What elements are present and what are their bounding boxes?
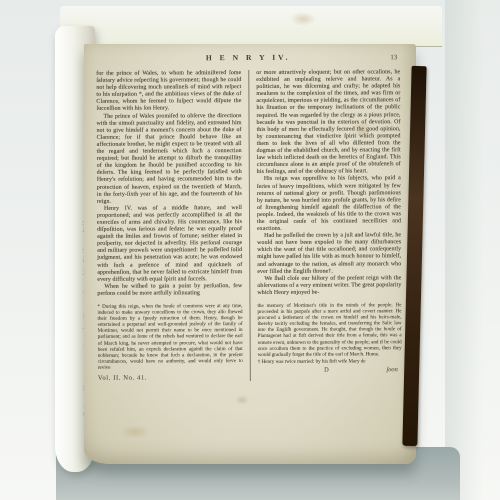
paragraph: for the prince of Wales, to whom he admi… — [96, 70, 241, 113]
page-content: H E N R Y IV. 13 for the prince of Wales… — [83, 43, 417, 382]
paragraph: We ſhall cloſe our hiſtory of the preſen… — [257, 275, 401, 297]
two-column-text: for the prince of Wales, to whom he admi… — [96, 69, 402, 382]
book-top-page-edges — [60, 6, 442, 47]
left-footnote-block: * During this reign, when the houſe of c… — [97, 303, 242, 382]
book-page: H E N R Y IV. 13 for the prince of Wales… — [84, 44, 416, 464]
page-number: 13 — [390, 54, 397, 61]
header-title: H E N R Y IV. — [96, 52, 400, 63]
paragraph: When he wiſhed to gain a point by perſua… — [97, 283, 242, 298]
paragraph: Had he poſſeſſed the crown by a juſt and… — [257, 232, 401, 275]
footnote: the memory of Mortimer's title in the mi… — [257, 302, 401, 358]
background-shading — [445, 0, 500, 500]
photo-of-open-book: Prince Henry removing the Crown from his… — [0, 0, 500, 500]
paragraph: or more attractively eloquent; but on ot… — [256, 69, 401, 176]
paragraph: His reign was oppreſſive to his ſubjects… — [257, 176, 401, 234]
paragraph: Henry IV. was of a middle ſtature, and w… — [97, 205, 242, 284]
paragraph: The prince of Wales promiſed to obſerve … — [96, 113, 241, 206]
footnote: † Henry was twice married: by his firſt … — [258, 358, 402, 365]
footnote: * During this reign, when the houſe of c… — [97, 303, 242, 371]
catchword: ſoon — [386, 366, 397, 373]
running-header: H E N R Y IV. 13 — [96, 52, 400, 67]
right-column: or more attractively eloquent; but on ot… — [248, 69, 402, 381]
right-footnote-block: the memory of Mortimer's title in the mi… — [257, 302, 401, 376]
signature-mark: D — [324, 367, 329, 374]
volume-imprint: Vol. II. No. 41. — [98, 374, 243, 382]
signature-row: D ſoon — [258, 366, 402, 376]
left-column: for the prince of Wales, to whom he admi… — [96, 70, 250, 382]
